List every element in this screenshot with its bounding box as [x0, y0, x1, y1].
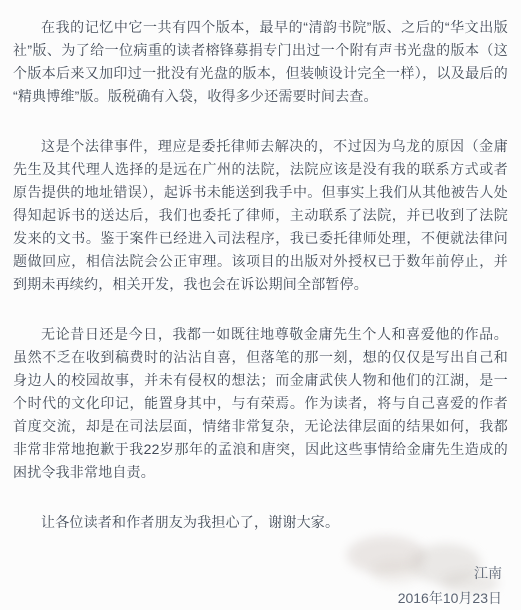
paragraph-editions: 在我的记忆中它一共有四个版本，最早的“清韵书院”版、之后的“华文出版社”版、为了…: [13, 16, 508, 108]
paragraph-apology: 无论昔日还是今日，我都一如既往地尊敬金庸先生个人和喜爱他的作品。虽然不乏在收到稿…: [13, 323, 508, 484]
paragraph-legal-matter: 这是个法律事件，理应是委托律师去解决的，不过因为乌龙的原因（金庸先生及其代理人选…: [13, 135, 508, 296]
signature-block: 江南 2016年10月23日: [13, 561, 508, 610]
statement-document: 在我的记忆中它一共有四个版本，最早的“清韵书院”版、之后的“华文出版社”版、为了…: [0, 0, 521, 610]
signature-name: 江南: [13, 561, 502, 586]
paragraph-thanks: 让各位读者和作者朋友为我担心了，谢谢大家。: [13, 511, 508, 534]
signature-date: 2016年10月23日: [13, 586, 502, 610]
